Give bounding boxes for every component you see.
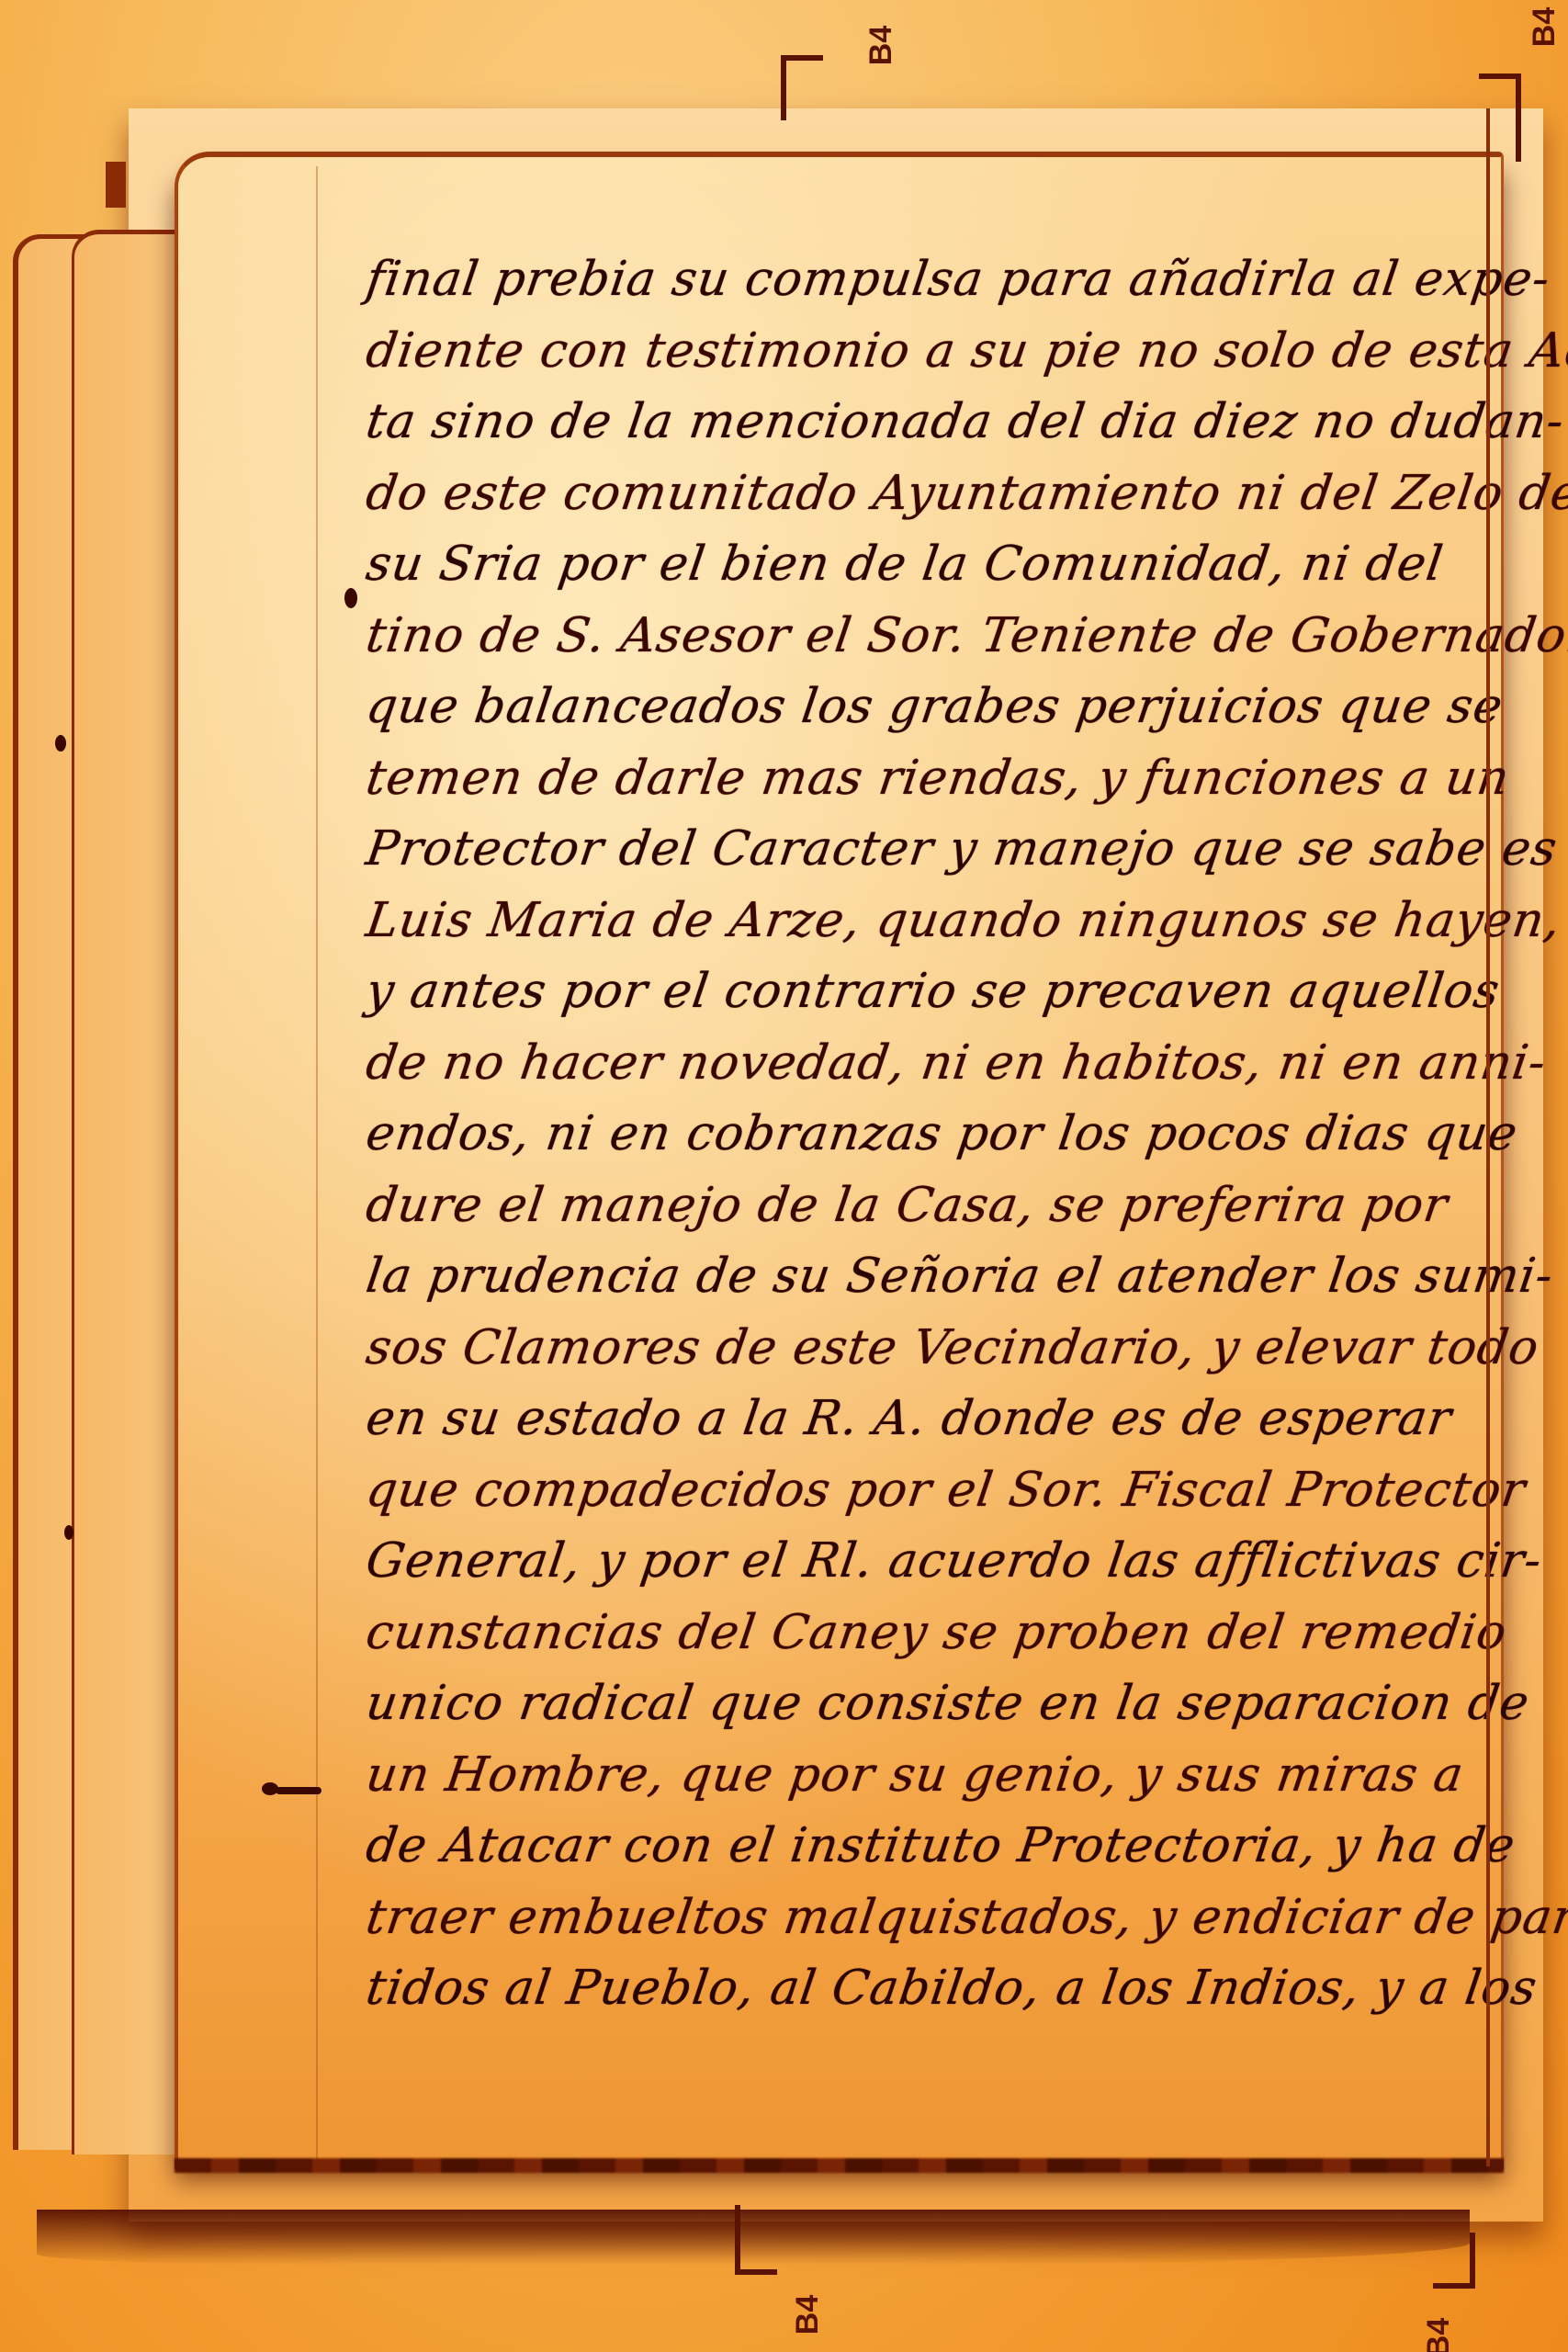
text-line: temen de darle mas riendas, y funciones … (362, 743, 1568, 815)
sheet-right-edge (1486, 108, 1490, 2166)
crop-marker-bottom-left (735, 2205, 777, 2275)
text-line: diente con testimonio a su pie no solo d… (362, 316, 1568, 388)
manuscript-sheet: final prebia su compulsa para añadirla a… (175, 152, 1504, 2160)
text-line: final prebia su compulsa para añadirla a… (362, 244, 1568, 316)
text-line: dure el manejo de la Casa, se preferira … (362, 1170, 1568, 1242)
ink-blot (64, 1525, 73, 1540)
text-line: su Sria por el bien de la Comunidad, ni … (362, 529, 1568, 601)
crop-label: B4 (1527, 7, 1562, 47)
text-line: sos Clamores de este Vecindario, y eleva… (362, 1313, 1568, 1385)
text-line: y antes por el contrario se precaven aqu… (362, 956, 1568, 1028)
ink-blot (344, 588, 357, 608)
crop-label: B4 (863, 26, 899, 65)
margin-rule (316, 166, 318, 2160)
text-line: unico radical que consiste en la separac… (362, 1668, 1568, 1740)
text-line: cunstancias del Caney se proben del reme… (362, 1598, 1568, 1669)
leaf-tab (106, 162, 126, 208)
crop-marker-top-left (781, 55, 823, 120)
text-line: un Hombre, que por su genio, y sus miras… (362, 1740, 1568, 1812)
text-line: en su estado a la R. A. donde es de espe… (362, 1384, 1568, 1455)
text-line: traer embueltos malquistados, y endiciar… (362, 1883, 1568, 1954)
manuscript-text: final prebia su compulsa para añadirla a… (367, 244, 1568, 2025)
crop-marker-top-right (1479, 73, 1521, 162)
text-line: tino de S. Asesor el Sor. Teniente de Go… (362, 601, 1568, 673)
text-line: General, y por el Rl. acuerdo las afflic… (362, 1526, 1568, 1598)
text-line: que compadecidos por el Sor. Fiscal Prot… (362, 1455, 1568, 1527)
text-line: Protector del Caracter y manejo que se s… (362, 814, 1568, 886)
crop-marker-bottom-right (1433, 2233, 1475, 2289)
text-line: do este comunitado Ayuntamiento ni del Z… (362, 458, 1568, 530)
crop-label: B4 (790, 2295, 826, 2335)
text-line: Luis Maria de Arze, quando ningunos se h… (362, 886, 1568, 957)
crop-label: B4 (1421, 2318, 1457, 2352)
ink-blot (55, 735, 66, 752)
text-line: ta sino de la mencionada del dia diez no… (362, 387, 1568, 458)
margin-pointer-mark (276, 1787, 321, 1794)
text-line: que balanceados los grabes perjuicios qu… (362, 672, 1568, 743)
text-line: tidos al Pueblo, al Cabildo, a los Indio… (362, 1953, 1568, 2025)
text-line: de Atacar con el instituto Protectoria, … (362, 1811, 1568, 1883)
text-line: la prudencia de su Señoria el atender lo… (362, 1241, 1568, 1313)
text-line: endos, ni en cobranzas por los pocos dia… (362, 1099, 1568, 1170)
text-line: de no hacer novedad, ni en habitos, ni e… (362, 1028, 1568, 1100)
